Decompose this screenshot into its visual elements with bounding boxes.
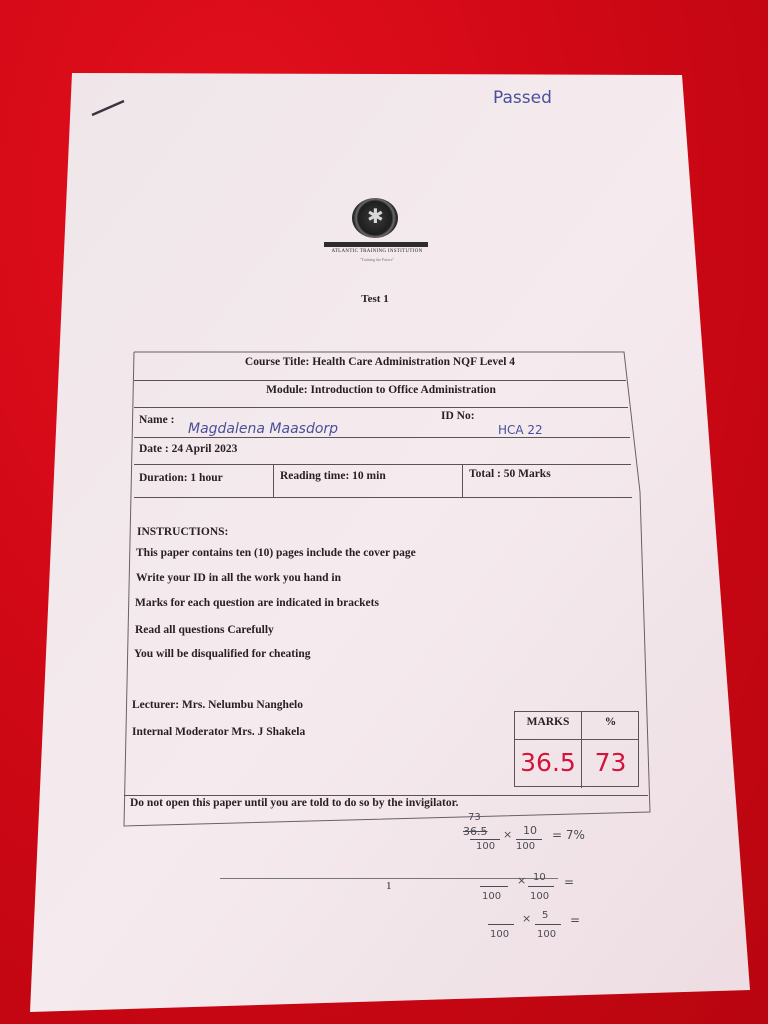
calc-result: = bbox=[564, 875, 574, 889]
calc-multiplier-denominator: 100 bbox=[537, 929, 556, 940]
star-of-life-emblem-icon: ✱ bbox=[367, 206, 384, 226]
invigilator-warning: Do not open this paper until you are tol… bbox=[130, 797, 459, 809]
percent-value: 73 bbox=[582, 748, 639, 777]
percent-header: % bbox=[582, 716, 639, 728]
module-title: Module: Introduction to Office Administr… bbox=[134, 384, 628, 396]
times-symbol: × bbox=[503, 828, 512, 841]
exam-cover-page: Passed ✱ ATLANTIC TRAINING INSTITUTION "… bbox=[0, 0, 768, 1024]
paper-sheet bbox=[0, 0, 768, 1024]
calc-denominator: 100 bbox=[476, 841, 495, 852]
calc-multiplier-denominator: 100 bbox=[516, 841, 535, 852]
calc-result: = bbox=[570, 913, 580, 927]
course-title: Course Title: Health Care Administration… bbox=[134, 356, 626, 368]
instructions-heading: INSTRUCTIONS: bbox=[137, 526, 228, 538]
passed-note: Passed bbox=[493, 88, 552, 108]
test-title: Test 1 bbox=[340, 293, 410, 305]
id-value: HCA 22 bbox=[498, 423, 543, 437]
calc-denominator: 100 bbox=[490, 929, 509, 940]
page-number: 1 bbox=[386, 880, 392, 892]
calc-overwrite: 73 bbox=[468, 812, 481, 823]
duration: Duration: 1 hour bbox=[139, 472, 223, 484]
lecturer: Lecturer: Mrs. Nelumbu Nanghelo bbox=[132, 699, 303, 711]
instruction-item: Read all questions Carefully bbox=[135, 624, 274, 636]
total-marks: Total : 50 Marks bbox=[469, 468, 551, 480]
calc-numerator: 36.5 bbox=[463, 825, 488, 838]
moderator: Internal Moderator Mrs. J Shakela bbox=[132, 726, 305, 738]
reading-time: Reading time: 10 min bbox=[280, 470, 386, 482]
instruction-item: Write your ID in all the work you hand i… bbox=[136, 572, 341, 584]
times-symbol: × bbox=[517, 874, 526, 887]
calc-denominator: 100 bbox=[482, 891, 501, 902]
id-label: ID No: bbox=[441, 410, 475, 422]
instruction-item: This paper contains ten (10) pages inclu… bbox=[136, 547, 416, 559]
name-value: Magdalena Maasdorp bbox=[188, 421, 338, 437]
marks-header: MARKS bbox=[515, 716, 581, 728]
name-label: Name : bbox=[139, 414, 174, 426]
logo-bar bbox=[324, 242, 428, 247]
instruction-item: You will be disqualified for cheating bbox=[134, 648, 310, 660]
times-symbol: × bbox=[522, 912, 531, 925]
instruction-item: Marks for each question are indicated in… bbox=[135, 597, 379, 609]
institution-name: ATLANTIC TRAINING INSTITUTION bbox=[324, 249, 430, 254]
institution-motto: "Training the Future" bbox=[324, 257, 430, 262]
calc-multiplier: 10 bbox=[523, 824, 537, 837]
calc-result: = 7% bbox=[552, 828, 585, 842]
exam-date: Date : 24 April 2023 bbox=[139, 443, 237, 455]
calc-multiplier: 5 bbox=[542, 910, 548, 921]
calc-multiplier: 10 bbox=[533, 872, 546, 883]
calc-multiplier-denominator: 100 bbox=[530, 891, 549, 902]
institution-logo: ✱ bbox=[352, 198, 398, 238]
marks-value: 36.5 bbox=[515, 748, 581, 777]
marks-box: MARKS % 36.5 73 bbox=[514, 711, 639, 787]
